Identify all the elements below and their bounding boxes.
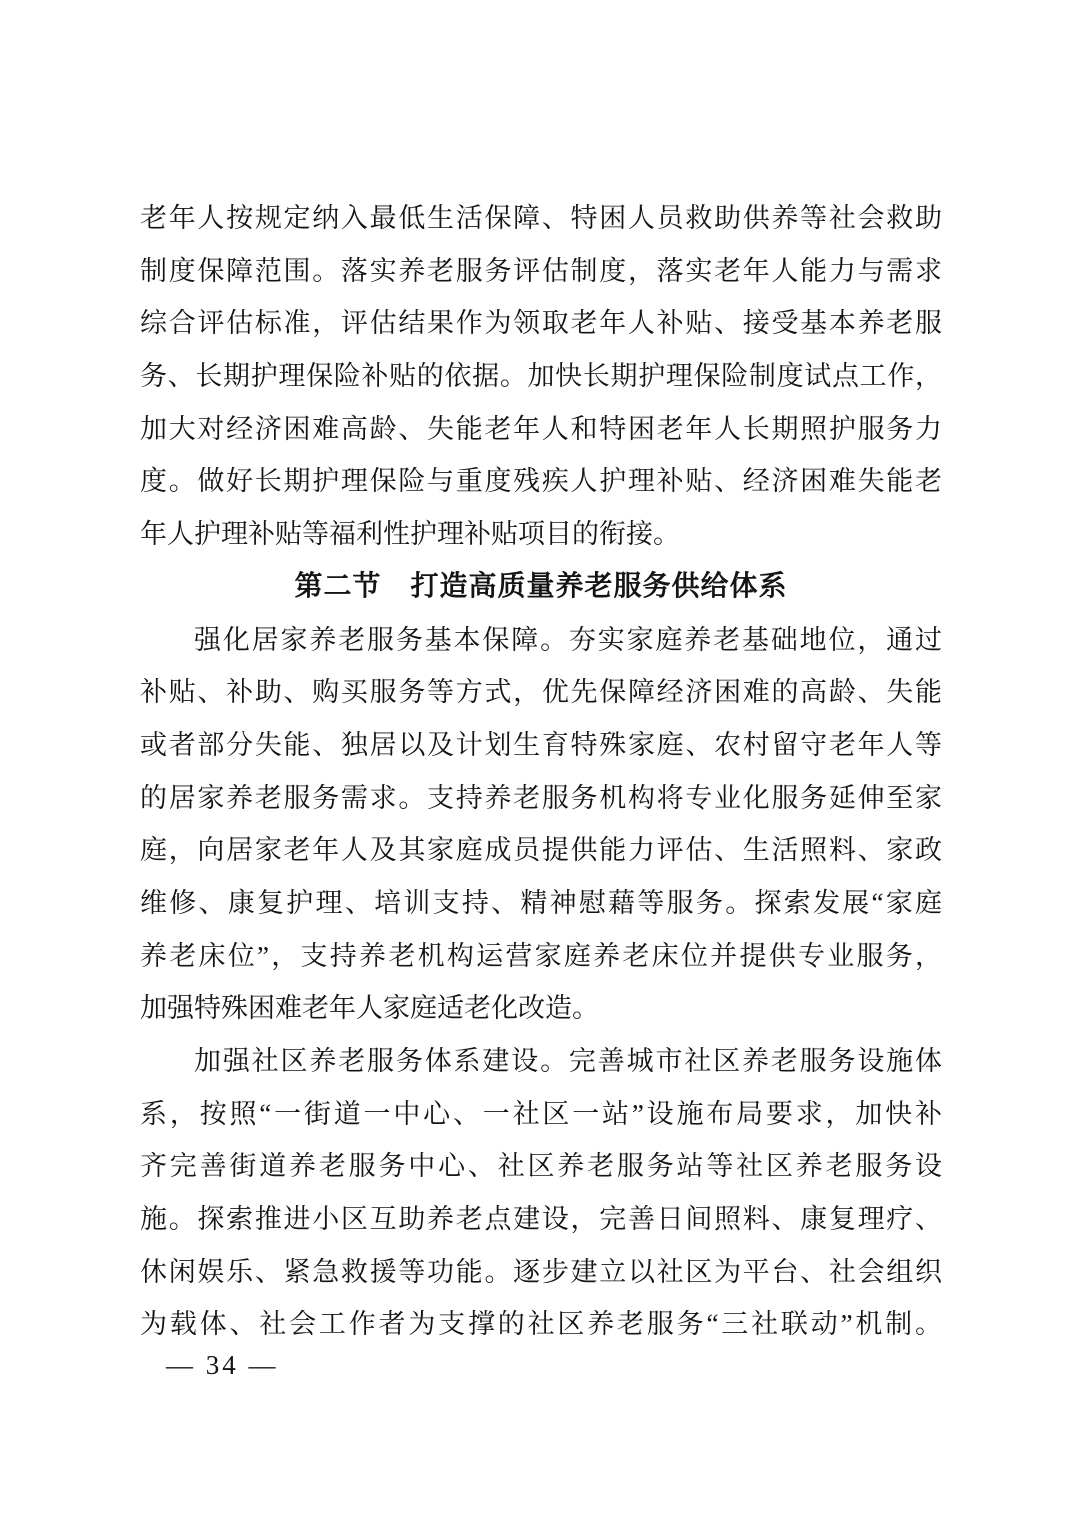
text-line: 养老床位”，支持养老机构运营家庭养老床位并提供专业服务，: [140, 930, 942, 983]
text-line: 加强特殊困难老年人家庭适老化改造。: [140, 982, 942, 1035]
text-line: 加强社区养老服务体系建设。完善城市社区养老服务设施体: [140, 1035, 942, 1088]
text-line: 补贴、补助、购买服务等方式，优先保障经济困难的高龄、失能: [140, 666, 942, 719]
text-line: 庭，向居家老年人及其家庭成员提供能力评估、生活照料、家政: [140, 824, 942, 877]
text-line: 综合评估标准，评估结果作为领取老年人补贴、接受基本养老服: [140, 297, 942, 350]
text-line: 加大对经济困难高龄、失能老年人和特困老年人长期照护服务力: [140, 403, 942, 456]
section-heading: 第二节 打造高质量养老服务供给体系: [140, 561, 942, 614]
text-line: 为载体、社会工作者为支撑的社区养老服务“三社联动”机制。: [140, 1298, 942, 1351]
text-line: 休闲娱乐、紧急救援等功能。逐步建立以社区为平台、社会组织: [140, 1246, 942, 1299]
text-line: 维修、康复护理、培训支持、精神慰藉等服务。探索发展“家庭: [140, 877, 942, 930]
text-line: 或者部分失能、独居以及计划生育特殊家庭、农村留守老年人等: [140, 719, 942, 772]
text-line: 齐完善街道养老服务中心、社区养老服务站等社区养老服务设: [140, 1140, 942, 1193]
text-line: 老年人按规定纳入最低生活保障、特困人员救助供养等社会救助: [140, 192, 942, 245]
text-line: 系，按照“一街道一中心、一社区一站”设施布局要求，加快补: [140, 1088, 942, 1141]
document-body: 老年人按规定纳入最低生活保障、特困人员救助供养等社会救助制度保障范围。落实养老服…: [140, 192, 942, 1351]
text-line: 施。探索推进小区互助养老点建设，完善日间照料、康复理疗、: [140, 1193, 942, 1246]
text-line: 强化居家养老服务基本保障。夯实家庭养老基础地位，通过: [140, 614, 942, 667]
text-line: 度。做好长期护理保险与重度残疾人护理补贴、经济困难失能老: [140, 455, 942, 508]
text-line: 务、长期护理保险补贴的依据。加快长期护理保险制度试点工作，: [140, 350, 942, 403]
page-number: — 34 —: [166, 1350, 279, 1380]
text-line: 年人护理补贴等福利性护理补贴项目的衔接。: [140, 508, 942, 561]
document-page: 老年人按规定纳入最低生活保障、特困人员救助供养等社会救助制度保障范围。落实养老服…: [0, 0, 1074, 1520]
text-line: 的居家养老服务需求。支持养老服务机构将专业化服务延伸至家: [140, 772, 942, 825]
text-line: 制度保障范围。落实养老服务评估制度，落实老年人能力与需求: [140, 245, 942, 298]
